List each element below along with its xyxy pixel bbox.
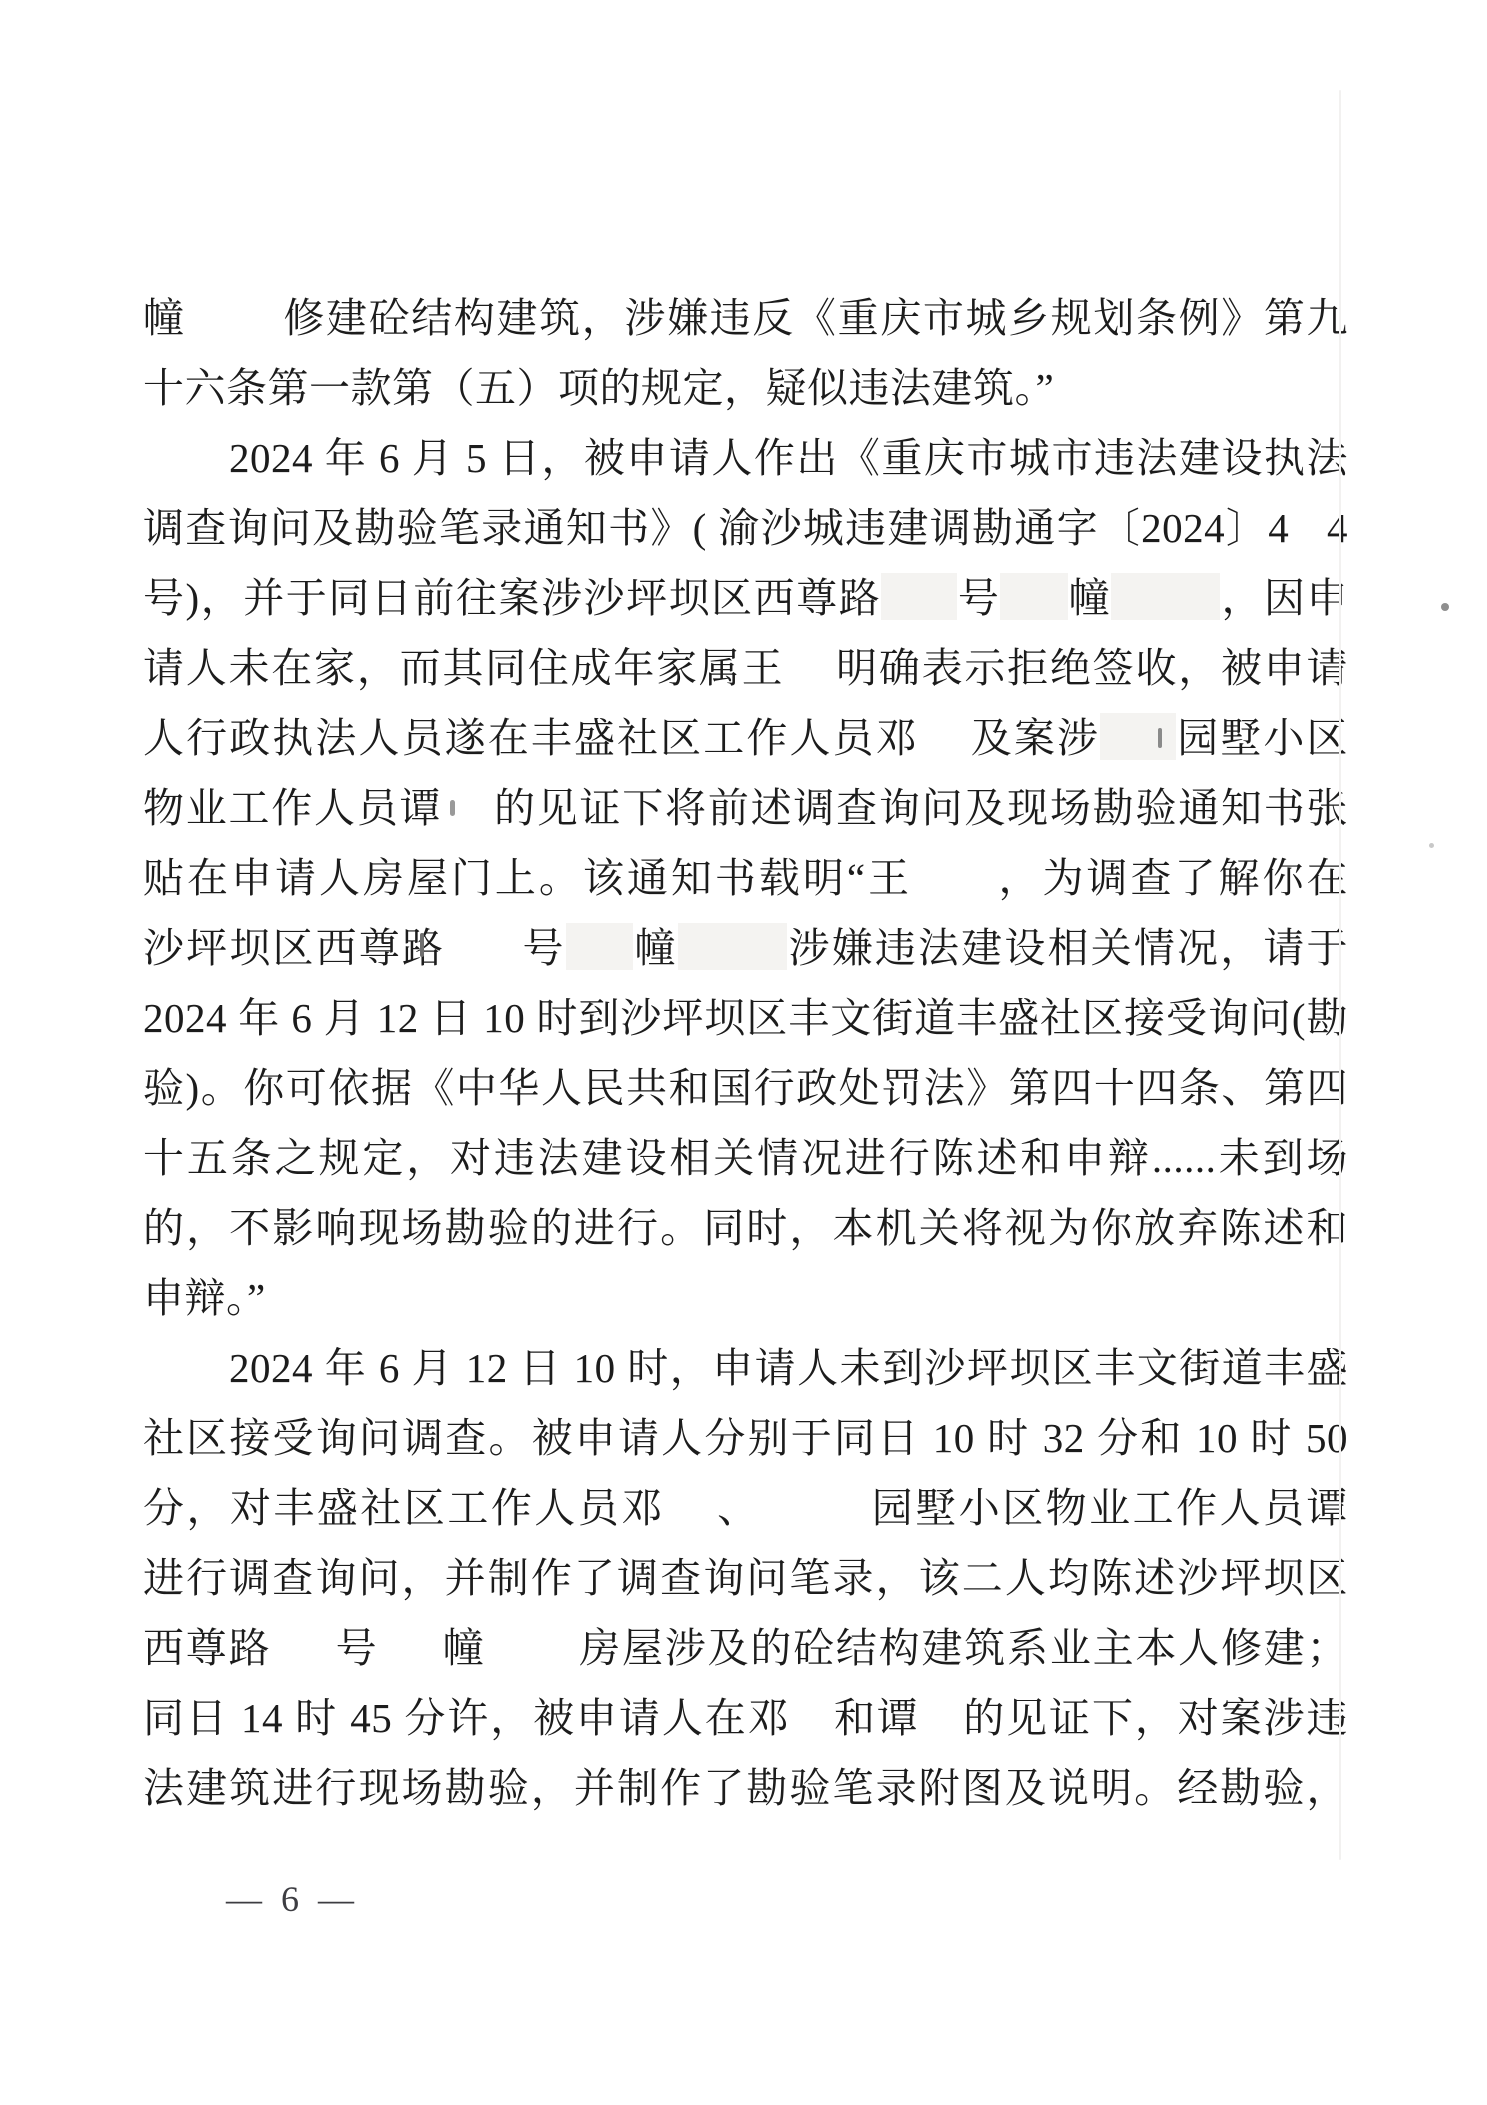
blank-gap xyxy=(442,786,492,827)
text-segment: 的，不影响现场勘验的进行。同时，本机关将视为你放弃陈述和 xyxy=(143,1205,1348,1251)
text-line: 人行政执法人员遂在丰盛社区工作人员邓及案涉园墅小区 xyxy=(143,703,1348,773)
redaction-gap xyxy=(1111,573,1220,620)
redaction-gap xyxy=(566,923,633,970)
text-segment: ，为调查了解你在 xyxy=(996,855,1348,901)
text-segment: 修建砼结构建筑，涉嫌违反《重庆市城乡规划条例》第九 xyxy=(282,295,1348,341)
text-line: 法建筑进行现场勘验，并制作了勘验笔录附图及说明。经勘验， xyxy=(143,1753,1348,1823)
text-segment: 园墅小区 xyxy=(1176,715,1348,761)
text-line: 2024 年 6 月 5 日，被申请人作出《重庆市城市违法建设执法 xyxy=(143,423,1348,493)
text-segment: 人行政执法人员遂在丰盛社区工作人员邓 xyxy=(143,715,919,761)
text-segment: 幢 xyxy=(441,1625,485,1671)
text-line: 请人未在家，而其同住成年家属王明确表示拒绝签收，被申请 xyxy=(143,633,1348,703)
blank-gap xyxy=(445,926,521,967)
text-segment: ，因申 xyxy=(1220,575,1348,621)
text-segment: 2024 年 6 月 12 日 10 时，申请人未到沙坪坝区丰文街道丰盛 xyxy=(229,1345,1348,1391)
blank-gap xyxy=(186,296,283,337)
text-segment: 明确表示拒绝签收，被申请 xyxy=(835,645,1348,691)
page-number: — 6 — xyxy=(226,1878,359,1920)
text-segment: 、 xyxy=(715,1485,760,1531)
blank-gap xyxy=(912,856,996,897)
text-segment: 法建筑进行现场勘验，并制作了勘验笔录附图及说明。经勘验， xyxy=(143,1765,1348,1811)
text-segment: 2024 年 6 月 12 日 10 时到沙坪坝区丰文街道丰盛社区接受询问(勘 xyxy=(143,995,1348,1041)
text-segment: 请人未在家，而其同住成年家属王 xyxy=(143,645,784,691)
scan-artifact xyxy=(1429,843,1434,848)
text-segment: 幢 xyxy=(633,925,678,971)
scan-artifact xyxy=(1441,603,1449,611)
text-segment: 十六条第一款第（五）项的规定，疑似违法建筑。” xyxy=(143,365,1054,411)
text-segment: 十五条之规定，对违法建设相关情况进行陈述和申辩......未到场 xyxy=(143,1135,1348,1181)
redaction-gap xyxy=(1100,713,1176,760)
text-segment: 贴在申请人房屋门上。该通知书载明“王 xyxy=(143,855,912,901)
blank-gap xyxy=(378,1626,441,1667)
text-line: 分，对丰盛社区工作人员邓、园墅小区物业工作人员谭 xyxy=(143,1473,1348,1543)
text-segment: 社区接受询问调查。被申请人分别于同日 10 时 32 分和 10 时 50 xyxy=(143,1415,1348,1461)
text-segment: 物业工作人员谭 xyxy=(143,785,442,831)
text-segment: 幢 xyxy=(1068,575,1112,621)
text-line: 申辩。” xyxy=(143,1263,1348,1333)
text-segment: 号 xyxy=(957,575,1001,621)
redaction-gap xyxy=(678,923,787,970)
text-segment: 分，对丰盛社区工作人员邓 xyxy=(143,1485,665,1531)
blank-gap xyxy=(1289,506,1327,547)
text-segment: 号 xyxy=(334,1625,378,1671)
blank-gap xyxy=(919,716,969,757)
text-line: 的，不影响现场勘验的进行。同时，本机关将视为你放弃陈述和 xyxy=(143,1193,1348,1263)
text-line: 同日 14 时 45 分许，被申请人在邓和谭的见证下，对案涉违 xyxy=(143,1683,1348,1753)
blank-gap xyxy=(486,1626,578,1667)
text-line: 验)。你可依据《中华人民共和国行政处罚法》第四十四条、第四 xyxy=(143,1053,1348,1123)
text-segment: 沙坪坝区西尊路 xyxy=(143,925,445,971)
text-line: 十六条第一款第（五）项的规定，疑似违法建筑。” xyxy=(143,353,1348,423)
text-segment: 及案涉 xyxy=(969,715,1100,761)
text-line: 社区接受询问调查。被申请人分别于同日 10 时 32 分和 10 时 50 xyxy=(143,1403,1348,1473)
text-segment: 西尊路 xyxy=(143,1625,271,1671)
text-segment: 申辩。” xyxy=(143,1275,266,1321)
text-line: 物业工作人员谭的见证下将前述调查询问及现场勘验通知书张 xyxy=(143,773,1348,843)
blank-gap xyxy=(784,646,834,687)
text-line: 2024 年 6 月 12 日 10 时到沙坪坝区丰文街道丰盛社区接受询问(勘 xyxy=(143,983,1348,1053)
text-segment: 涉嫌违法建设相关情况，请于 xyxy=(787,925,1348,971)
blank-gap xyxy=(761,1486,870,1527)
text-segment: 幢 xyxy=(143,295,186,341)
text-line: 进行调查询问，并制作了调查询问笔录，该二人均陈述沙坪坝区 xyxy=(143,1543,1348,1613)
text-line: 贴在申请人房屋门上。该通知书载明“王，为调查了解你在 xyxy=(143,843,1348,913)
text-segment: 房屋涉及的砼结构建筑系业主本人修建； xyxy=(578,1625,1348,1671)
text-segment: 2024 年 6 月 5 日，被申请人作出《重庆市城市违法建设执法 xyxy=(229,435,1348,481)
text-block: 幢修建砼结构建筑，涉嫌违反《重庆市城乡规划条例》第九十六条第一款第（五）项的规定… xyxy=(143,283,1348,1823)
text-segment: 4 xyxy=(1327,505,1348,551)
text-segment: 和谭 xyxy=(833,1695,920,1741)
text-line: 幢修建砼结构建筑，涉嫌违反《重庆市城乡规划条例》第九 xyxy=(143,283,1348,353)
text-line: 2024 年 6 月 12 日 10 时，申请人未到沙坪坝区丰文街道丰盛 xyxy=(143,1333,1348,1403)
blank-gap xyxy=(665,1486,715,1527)
text-segment: 的见证下，对案涉违 xyxy=(962,1695,1348,1741)
blank-gap xyxy=(920,1696,962,1737)
redaction-gap xyxy=(1000,573,1067,620)
text-line: 号)，并于同日前往案涉沙坪坝区西尊路号幢，因申 xyxy=(143,563,1348,633)
document-page: 幢修建砼结构建筑，涉嫌违反《重庆市城乡规划条例》第九十六条第一款第（五）项的规定… xyxy=(0,0,1487,2105)
text-segment: 同日 14 时 45 分许，被申请人在邓 xyxy=(143,1695,791,1741)
text-segment: 验)。你可依据《中华人民共和国行政处罚法》第四十四条、第四 xyxy=(143,1065,1348,1111)
redaction-gap xyxy=(881,573,957,620)
text-segment: 的见证下将前述调查询问及现场勘验通知书张 xyxy=(493,785,1348,831)
blank-gap xyxy=(271,1626,334,1667)
text-line: 调查询问及勘验笔录通知书》( 渝沙城违建调勘通字〔2024〕44 xyxy=(143,493,1348,563)
text-segment: 号 xyxy=(521,925,566,971)
text-segment: 号)，并于同日前往案涉沙坪坝区西尊路 xyxy=(143,575,881,621)
text-line: 沙坪坝区西尊路号幢涉嫌违法建设相关情况，请于 xyxy=(143,913,1348,983)
text-line: 西尊路号幢房屋涉及的砼结构建筑系业主本人修建； xyxy=(143,1613,1348,1683)
text-segment: 调查询问及勘验笔录通知书》( 渝沙城违建调勘通字〔2024〕4 xyxy=(143,505,1289,551)
text-segment: 园墅小区物业工作人员谭 xyxy=(870,1485,1348,1531)
text-segment: 进行调查询问，并制作了调查询问笔录，该二人均陈述沙坪坝区 xyxy=(143,1555,1348,1601)
blank-gap xyxy=(791,1696,833,1737)
text-line: 十五条之规定，对违法建设相关情况进行陈述和申辩......未到场 xyxy=(143,1123,1348,1193)
